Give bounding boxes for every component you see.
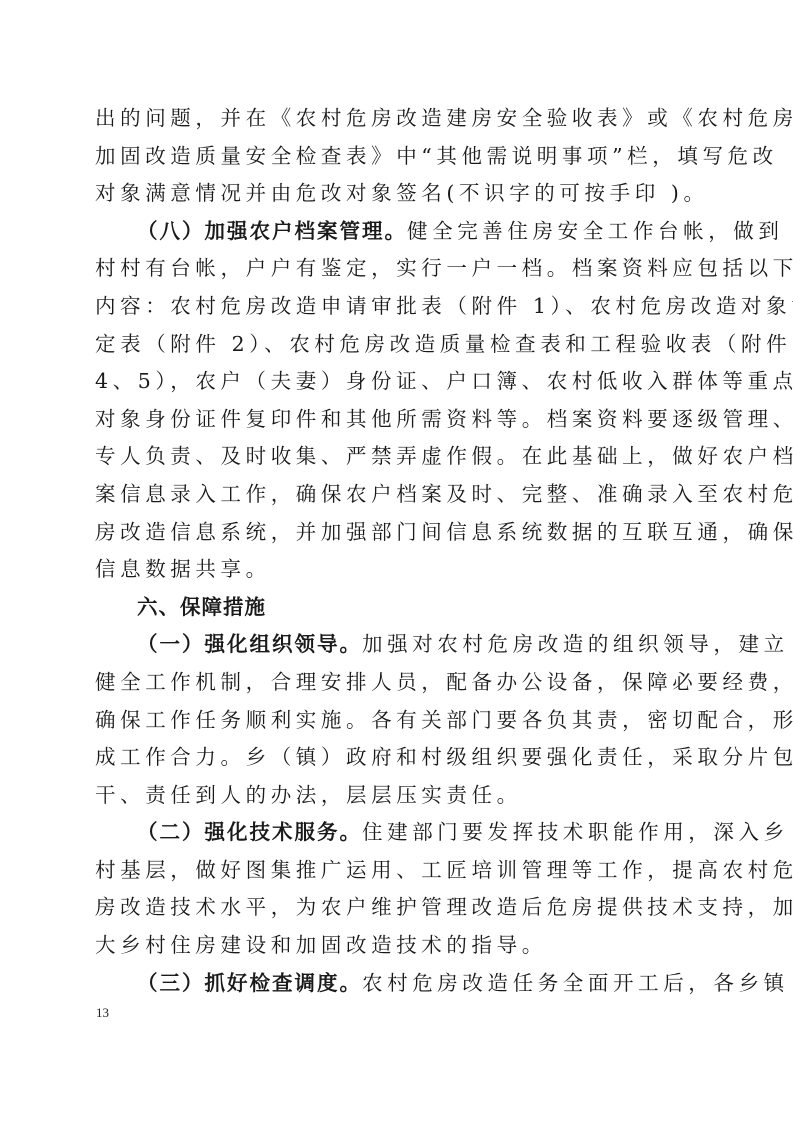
text-line: 干、责任到人的办法，层层压实责任。 <box>95 777 695 815</box>
paragraph-continuation: 出的问题，并在《农村危房改造建房安全验收表》或《农村危房 加固改造质量安全检查表… <box>95 100 695 213</box>
text-line: 内容：农村危房改造申请审批表（附件 1）、农村危房改造对象认 <box>95 288 695 326</box>
paragraph-text: 加强对农村危房改造的组织领导，建立 <box>362 632 789 656</box>
text-line: 信息数据共享。 <box>95 551 695 589</box>
text-line: 健全工作机制，合理安排人员，配备办公设备，保障必要经费， <box>95 664 695 702</box>
paragraph-lead-title: （二）强化技术服务。 <box>137 820 362 844</box>
text-line: 大乡村住房建设和加固改造技术的指导。 <box>95 927 695 965</box>
text-line: 房改造信息系统，并加强部门间信息系统数据的互联互通，确保 <box>95 514 695 552</box>
text-line: 成工作合力。乡（镇）政府和村级组织要强化责任，采取分片包 <box>95 739 695 777</box>
paragraph-text: 住建部门要发挥技术职能作用，深入乡 <box>362 820 789 844</box>
text-line: 专人负责、及时收集、严禁弄虚作假。在此基础上，做好农户档 <box>95 438 695 476</box>
text-line: 对象身份证件复印件和其他所需资料等。档案资料要逐级管理、 <box>95 401 695 439</box>
page-number: 13 <box>96 1005 109 1021</box>
paragraph-archive-management: （八）加强农户档案管理。健全完善住房安全工作台帐，做到 村村有台帐，户户有鉴定，… <box>95 213 695 589</box>
paragraph-lead-title: （一）强化组织领导。 <box>137 632 362 656</box>
text-line: 房改造技术水平，为农户维护管理改造后危房提供技术支持，加 <box>95 889 695 927</box>
document-page: 出的问题，并在《农村危房改造建房安全验收表》或《农村危房 加固改造质量安全检查表… <box>95 100 695 1002</box>
text-line: 出的问题，并在《农村危房改造建房安全验收表》或《农村危房 <box>95 100 695 138</box>
text-line: （八）加强农户档案管理。健全完善住房安全工作台帐，做到 <box>95 213 695 251</box>
text-line: 加固改造质量安全检查表》中“其他需说明事项”栏，填写危改 <box>95 138 695 176</box>
text-line: 村村有台帐，户户有鉴定，实行一户一档。档案资料应包括以下 <box>95 250 695 288</box>
text-line: 定表（附件 2）、农村危房改造质量检查表和工程验收表（附件 3、 <box>95 326 695 364</box>
text-line: 4、5），农户（夫妻）身份证、户口簿、农村低收入群体等重点 <box>95 363 695 401</box>
section-heading-text: 六、保障措施 <box>137 595 266 619</box>
paragraph-lead-title: （八）加强农户档案管理。 <box>137 219 407 243</box>
text-line: （三）抓好检查调度。农村危房改造任务全面开工后，各乡镇 <box>95 965 695 1003</box>
text-line: 村基层，做好图集推广运用、工匠培训管理等工作，提高农村危 <box>95 852 695 890</box>
text-line: （一）强化组织领导。加强对农村危房改造的组织领导，建立 <box>95 626 695 664</box>
text-line: （二）强化技术服务。住建部门要发挥技术职能作用，深入乡 <box>95 814 695 852</box>
text-line: 确保工作任务顺利实施。各有关部门要各负其责，密切配合，形 <box>95 702 695 740</box>
paragraph-inspection-scheduling: （三）抓好检查调度。农村危房改造任务全面开工后，各乡镇 <box>95 965 695 1003</box>
section-heading: 六、保障措施 <box>95 589 695 627</box>
paragraph-lead-title: （三）抓好检查调度。 <box>137 971 362 995</box>
text-line: 对象满意情况并由危改对象签名(不识字的可按手印 )。 <box>95 175 695 213</box>
paragraph-text: 农村危房改造任务全面开工后，各乡镇 <box>362 971 789 995</box>
text-line: 案信息录入工作，确保农户档案及时、完整、准确录入至农村危 <box>95 476 695 514</box>
paragraph-organizational-leadership: （一）强化组织领导。加强对农村危房改造的组织领导，建立 健全工作机制，合理安排人… <box>95 626 695 814</box>
paragraph-technical-service: （二）强化技术服务。住建部门要发挥技术职能作用，深入乡 村基层，做好图集推广运用… <box>95 814 695 964</box>
paragraph-text: 健全完善住房安全工作台帐，做到 <box>407 219 784 243</box>
